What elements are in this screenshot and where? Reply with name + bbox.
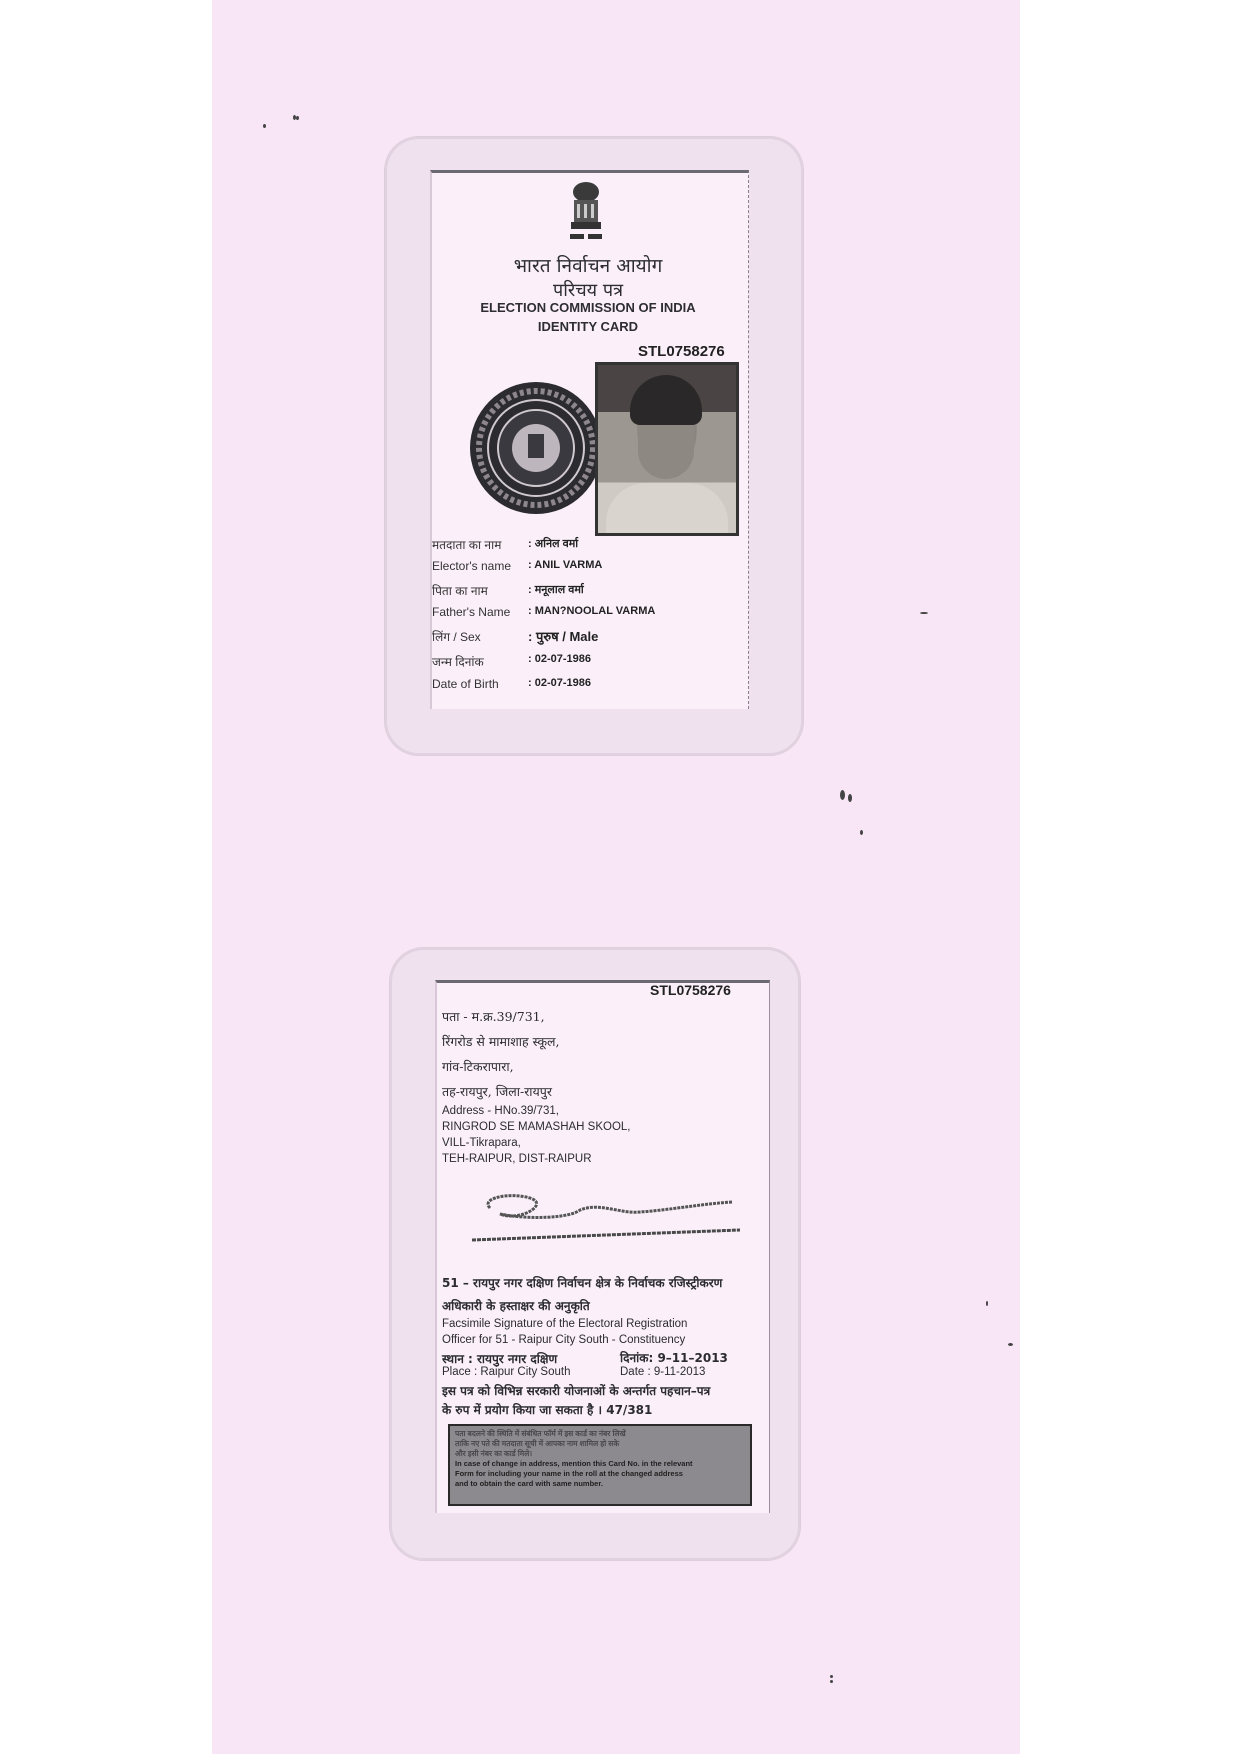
field-label: जन्म दिनांक — [432, 653, 484, 670]
subtitle-english: IDENTITY CARD — [430, 319, 746, 334]
epic-number-back: STL0758276 — [650, 982, 731, 998]
title-english: ELECTION COMMISSION OF INDIA — [430, 300, 746, 315]
subtitle-hindi: परिचय पत्र — [430, 278, 746, 302]
date-english: Date : 9-11-2013 — [620, 1366, 705, 1378]
scan-speck — [840, 790, 845, 800]
dob-value: : 02-07-1986 — [528, 677, 591, 689]
address-hindi-line: तह-रायपुर, जिला-रायपुर — [442, 1083, 552, 1100]
ero-english-line2: Officer for 51 - Raipur City South - Con… — [442, 1334, 685, 1346]
scan-speck — [1008, 1343, 1013, 1346]
address-english-line: RINGROD SE MAMASHAH SKOOL, — [442, 1121, 631, 1133]
epic-number: STL0758276 — [638, 343, 725, 360]
field-label: लिंग / Sex — [432, 628, 481, 645]
national-emblem-icon — [565, 180, 607, 244]
notice-hindi-line: पता बदलने की स्थिति में संबंधित फॉर्म मे… — [455, 1429, 745, 1439]
notice-english-line: and to obtain the card with same number. — [455, 1479, 745, 1489]
notice-hindi-line: और इसी नंबर का कार्ड मिले। — [455, 1449, 745, 1459]
address-english-line: VILL-Tikrapara, — [442, 1137, 521, 1149]
ero-english-line1: Facsimile Signature of the Electoral Reg… — [442, 1318, 687, 1330]
scan-speck — [296, 116, 299, 120]
elector-photo — [595, 362, 739, 536]
address-english-line: TEH-RAIPUR, DIST-RAIPUR — [442, 1153, 592, 1165]
elector-name: : ANIL VARMA — [528, 559, 602, 571]
ero-hindi-line2: अधिकारी के हस्ताक्षर की अनुकृति — [442, 1297, 590, 1314]
usage-note-line1: इस पत्र को विभिन्न सरकारी योजनाओं के अन्… — [442, 1382, 710, 1399]
field-label: मतदाता का नाम — [432, 536, 501, 553]
address-hindi-line: रिंगरोड से मामाशाह स्कूल, — [442, 1033, 560, 1050]
notice-hindi-line: ताकि नए पते की मतदाता सूची में आपका नाम … — [455, 1439, 745, 1449]
address-change-notice: पता बदलने की स्थिति में संबंधित फॉर्म मे… — [448, 1424, 752, 1506]
date-hindi: दिनांक: 9–11–2013 — [620, 1349, 728, 1366]
scan-speck — [830, 1675, 833, 1678]
address-hindi-line: पता - म.क्र.39/731, — [442, 1008, 545, 1025]
usage-note-line2: के रुप में प्रयोग किया जा सकता है । 47/3… — [442, 1401, 652, 1418]
notice-english-line: Form for including your name in the roll… — [455, 1469, 745, 1479]
field-label: पिता का नाम — [432, 582, 488, 599]
scan-speck — [263, 124, 266, 128]
place-english: Place : Raipur City South — [442, 1366, 570, 1378]
field-label: Date of Birth — [432, 677, 499, 691]
father-name: : MAN?NOOLAL VARMA — [528, 605, 655, 617]
dob-hindi-value: : 02-07-1986 — [528, 653, 591, 665]
scan-speck — [986, 1301, 988, 1306]
address-hindi-line: गांव-टिकरापारा, — [442, 1058, 514, 1075]
facsimile-signature — [470, 1190, 750, 1250]
state-seal-icon — [468, 380, 604, 516]
scan-speck — [830, 1680, 833, 1683]
scan-speck — [920, 612, 928, 614]
field-label: Elector's name — [432, 559, 511, 573]
field-value: : अनिल वर्मा — [528, 536, 578, 551]
title-hindi: भारत निर्वाचन आयोग — [430, 252, 746, 278]
sex-value: : पुरुष / Male — [528, 627, 598, 645]
field-label: Father's Name — [432, 605, 510, 619]
address-english-line: Address - HNo.39/731, — [442, 1105, 559, 1117]
notice-english-line: In case of change in address, mention th… — [455, 1459, 745, 1469]
place-hindi: स्थान : रायपुर नगर दक्षिण — [442, 1350, 557, 1367]
scan-speck — [860, 830, 863, 835]
ero-hindi-line1: 51 – रायपुर नगर दक्षिण निर्वाचन क्षेत्र … — [442, 1274, 722, 1291]
scan-speck — [848, 794, 852, 802]
field-value: : मनूलाल वर्मा — [528, 582, 584, 597]
